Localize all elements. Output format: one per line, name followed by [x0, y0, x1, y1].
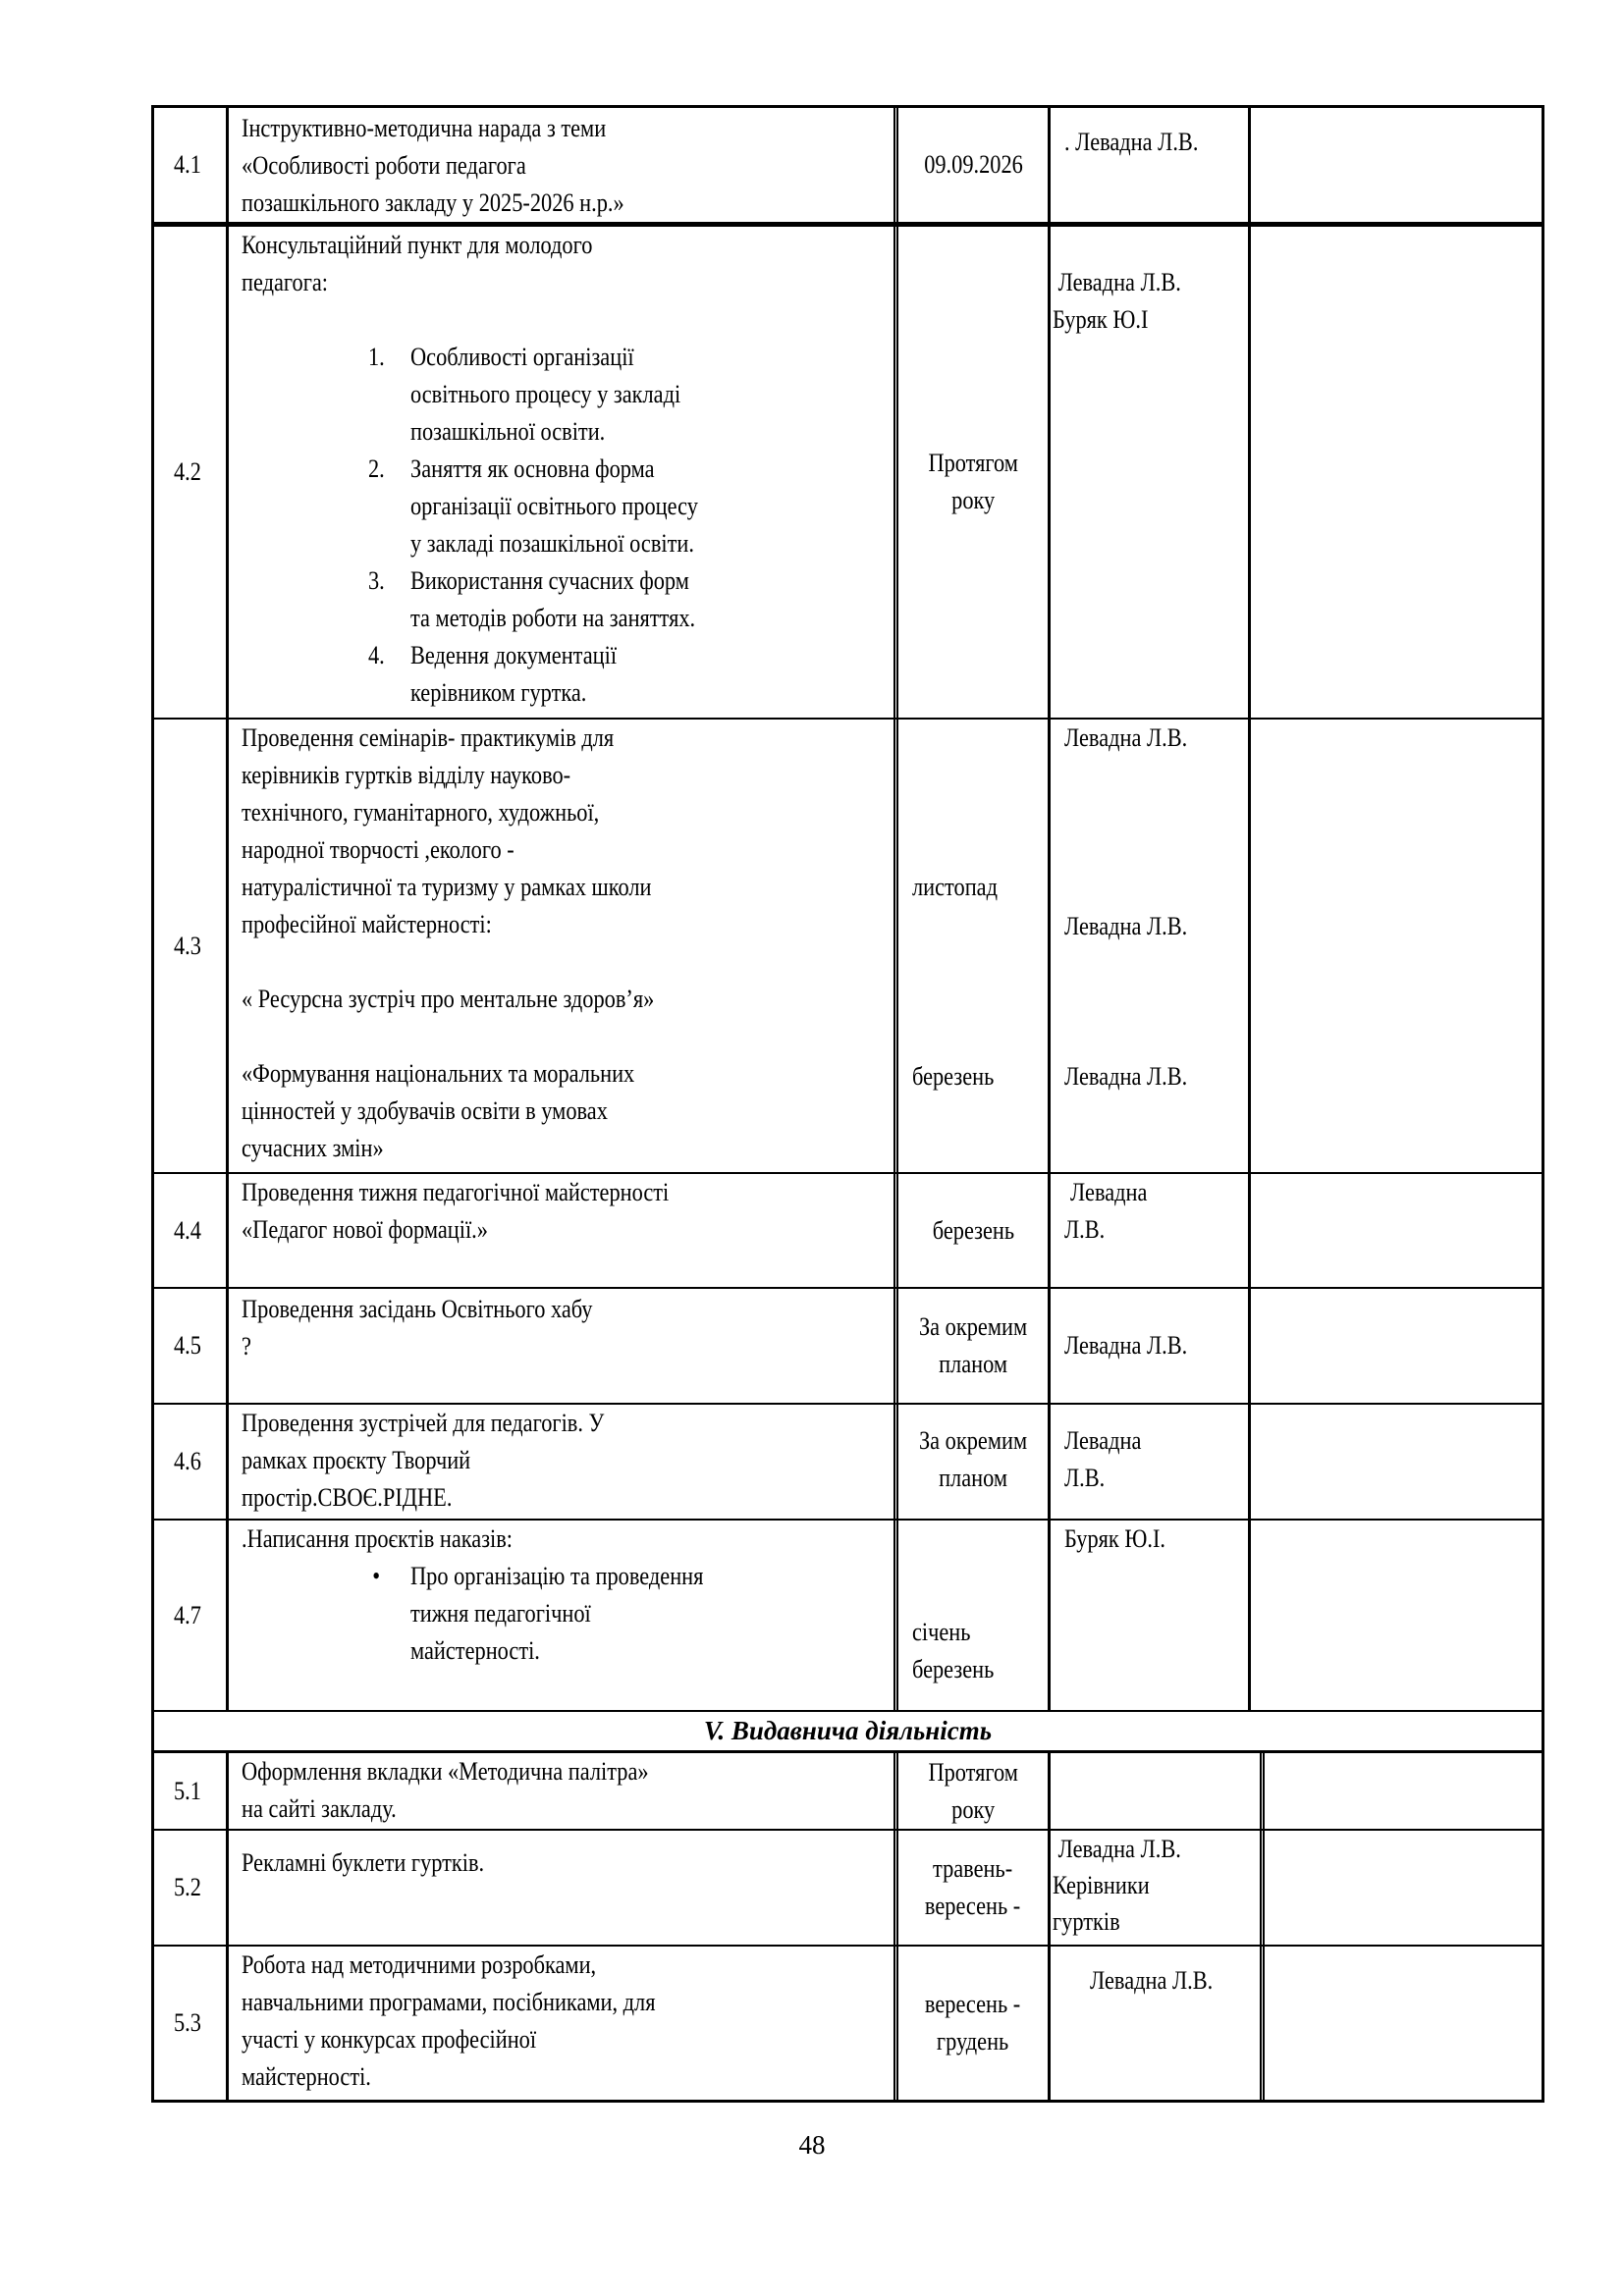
activity-cell: Проведення тижня педагогічної майстернос…	[229, 1174, 898, 1287]
activity-line: .Написання проєктів наказів:	[242, 1521, 900, 1558]
responsible-cell: Левадна Л.В.	[1051, 1174, 1251, 1287]
responsible-cell: . Левадна Л.В.	[1051, 108, 1251, 222]
date-cell: Протягом року	[898, 1753, 1051, 1829]
responsible-cell: Левадна Л.В. Буряк Ю.І	[1051, 227, 1251, 718]
date-cell: Протягом року	[898, 227, 1051, 718]
date-cell: За окремим планом	[898, 1289, 1051, 1403]
table-row: 4.6 Проведення зустрічей для педагогів. …	[154, 1405, 1542, 1521]
table-row: 5.2 Рекламні буклети гуртків. травень- в…	[154, 1831, 1542, 1947]
date-text: Протягом	[928, 445, 1017, 482]
row-number: 4.7	[154, 1521, 229, 1710]
activity-line: Проведення засідань Освітнього хабу	[242, 1291, 592, 1328]
row-number: 5.1	[154, 1753, 229, 1829]
activity-line: керівників гуртків відділу науково-	[242, 757, 654, 794]
date-text: планом	[919, 1460, 1027, 1497]
responsible-text: Левадна Л.В.	[1090, 1962, 1213, 2000]
row-number: 4.4	[154, 1174, 229, 1287]
date-text: планом	[919, 1346, 1027, 1383]
responsible-text: гуртків	[1053, 1903, 1181, 1940]
activity-line: Проведення семінарів- практикумів для	[242, 720, 654, 757]
table-row: 4.1 Інструктивно-методична нарада з теми…	[154, 108, 1542, 227]
seminar-topic: «Формування національних та моральних	[242, 1055, 654, 1093]
date-cell: листопад березень	[898, 720, 1051, 1172]
section-title: V. Видавнича діяльність	[704, 1716, 992, 1745]
responsible-text: Л.В.	[1064, 1211, 1147, 1249]
activity-line: Рекламні буклети гуртків.	[242, 1844, 484, 1882]
responsible-text: Левадна Л.В.	[1064, 1327, 1187, 1364]
row-number: 4.1	[154, 108, 229, 222]
activity-line: позашкільного закладу у 2025-2026 н.р.»	[242, 185, 624, 222]
section-header: V. Видавнича діяльність	[154, 1712, 1542, 1753]
list-number: 4.	[368, 637, 385, 674]
activity-line: Проведення тижня педагогічної майстернос…	[242, 1174, 669, 1211]
date-text: року	[928, 1791, 1017, 1829]
row-number-text: 5.2	[174, 1869, 201, 1906]
row-number: 5.2	[154, 1831, 229, 1945]
activity-line: народної творчості ,еколого -	[242, 831, 654, 869]
responsible-cell: Буряк Ю.І.	[1051, 1521, 1251, 1710]
seminar-topic: сучасних змін»	[242, 1130, 654, 1167]
list-line: та методів роботи на заняттях.	[410, 600, 900, 637]
note-cell	[1265, 1831, 1542, 1945]
plan-table: 4.1 Інструктивно-методична нарада з теми…	[151, 105, 1544, 2103]
activity-line: участі у конкурсах професійної	[242, 2021, 655, 2058]
responsible-text: . Левадна Л.В.	[1064, 124, 1198, 161]
row-number-text: 4.6	[174, 1443, 201, 1480]
row-number-text: 4.3	[174, 928, 201, 965]
note-cell	[1265, 1753, 1542, 1829]
responsible-text: Левадна Л.В.	[1053, 264, 1181, 301]
list-line: Використання сучасних форм	[410, 562, 900, 600]
responsible-text: Керівники	[1053, 1867, 1181, 1903]
row-number-text: 4.4	[174, 1212, 201, 1250]
list-line: тижня педагогічної	[410, 1595, 900, 1632]
date-text: 09.09.2026	[924, 146, 1023, 184]
activity-line: навчальними програмами, посібниками, для	[242, 1984, 655, 2021]
activity-cell: .Написання проєктів наказів: • Про орган…	[229, 1521, 898, 1710]
list-line: позашкільної освіти.	[410, 413, 900, 451]
activity-line: ?	[242, 1328, 592, 1365]
bullet-icon: •	[372, 1558, 380, 1595]
date-text: березень	[932, 1212, 1013, 1250]
row-number: 4.3	[154, 720, 229, 1172]
activity-line: рамках проєкту Творчий	[242, 1442, 604, 1479]
table-row: 5.3 Робота над методичними розробками, н…	[154, 1947, 1542, 2100]
activity-line: «Особливості роботи педагога	[242, 147, 624, 185]
responsible-text: Левадна	[1064, 1422, 1141, 1460]
activity-cell: Інструктивно-методична нарада з теми «Ос…	[229, 108, 898, 222]
responsible-cell: Левадна Л.В.	[1051, 1405, 1251, 1519]
responsible-text: Левадна Л.В.	[1064, 720, 1187, 757]
list-line: у закладі позашкільної освіти.	[410, 525, 900, 562]
list-line: Особливості організації	[410, 339, 900, 376]
note-cell	[1251, 227, 1542, 718]
row-number-text: 5.1	[174, 1773, 201, 1810]
date-text: вересень -	[925, 1888, 1020, 1925]
date-text: За окремим	[919, 1422, 1027, 1460]
date-text: листопад	[912, 869, 998, 906]
row-number: 4.5	[154, 1289, 229, 1403]
activity-cell: Проведення семінарів- практикумів для ке…	[229, 720, 898, 1172]
activity-line: майстерності.	[242, 2058, 655, 2096]
date-cell: березень	[898, 1174, 1051, 1287]
activity-line: Оформлення вкладки «Методична палітра»	[242, 1753, 649, 1790]
note-cell	[1251, 1521, 1542, 1710]
note-cell	[1251, 1289, 1542, 1403]
responsible-text: Буряк Ю.І.	[1064, 1521, 1165, 1558]
note-cell	[1265, 1947, 1542, 2100]
numbered-list-item: 2. Заняття як основна форма організації …	[242, 451, 900, 562]
list-line: освітнього процесу у закладі	[410, 376, 900, 413]
activity-cell: Консультаційний пункт для молодого педаг…	[229, 227, 898, 718]
table-row: 4.4 Проведення тижня педагогічної майсте…	[154, 1174, 1542, 1289]
activity-line: педагога:	[242, 264, 900, 301]
activity-cell: Проведення засідань Освітнього хабу ?	[229, 1289, 898, 1403]
list-line: Ведення документації	[410, 637, 900, 674]
responsible-text: Левадна Л.В.	[1064, 908, 1187, 945]
list-line: керівником гуртка.	[410, 674, 900, 712]
table-row: 4.5 Проведення засідань Освітнього хабу …	[154, 1289, 1542, 1405]
activity-cell: Проведення зустрічей для педагогів. У ра…	[229, 1405, 898, 1519]
list-number: 3.	[368, 562, 385, 600]
responsible-cell: Левадна Л.В. Керівники гуртків	[1051, 1831, 1265, 1945]
responsible-text: Левадна Л.В.	[1053, 1831, 1181, 1867]
row-number-text: 4.7	[174, 1597, 201, 1634]
activity-line: «Педагог нової формації.»	[242, 1211, 669, 1249]
responsible-text: Левадна Л.В.	[1064, 1058, 1187, 1095]
numbered-list-item: 3. Використання сучасних форм та методів…	[242, 562, 900, 637]
date-cell: За окремим планом	[898, 1405, 1051, 1519]
date-text: вересень -	[925, 1986, 1020, 2023]
activity-line: Проведення зустрічей для педагогів. У	[242, 1405, 604, 1442]
activity-line: технічного, гуманітарного, художньої,	[242, 794, 654, 831]
list-line: Про організацію та проведення	[410, 1558, 900, 1595]
activity-line: Інструктивно-методична нарада з теми	[242, 110, 624, 147]
activity-cell: Оформлення вкладки «Методична палітра» н…	[229, 1753, 898, 1829]
row-number: 4.2	[154, 227, 229, 718]
responsible-text: Буряк Ю.І	[1053, 301, 1181, 339]
date-text: січень	[912, 1614, 994, 1651]
date-text: року	[928, 482, 1017, 519]
table-row: 5.1 Оформлення вкладки «Методична палітр…	[154, 1753, 1542, 1831]
date-cell: травень- вересень -	[898, 1831, 1051, 1945]
date-cell: січень березень	[898, 1521, 1051, 1710]
responsible-text: Л.В.	[1064, 1460, 1141, 1497]
date-text: березень	[912, 1058, 994, 1095]
table-row: 4.2 Консультаційний пункт для молодого п…	[154, 227, 1542, 720]
responsible-cell	[1051, 1753, 1265, 1829]
bullet-list-item: • Про організацію та проведення тижня пе…	[242, 1558, 900, 1670]
activity-line: професійної майстерності:	[242, 906, 654, 943]
page-number: 48	[0, 2130, 1624, 2161]
row-number-text: 4.5	[174, 1327, 201, 1364]
activity-cell: Робота над методичними розробками, навча…	[229, 1947, 898, 2100]
activity-line: натуралістичної та туризму у рамках школ…	[242, 869, 654, 906]
responsible-cell: Левадна Л.В.	[1051, 1289, 1251, 1403]
table-row: 4.7 .Написання проєктів наказів: • Про о…	[154, 1521, 1542, 1712]
numbered-list-item: 4. Ведення документації керівником гуртк…	[242, 637, 900, 712]
activity-line: Робота над методичними розробками,	[242, 1947, 655, 1984]
list-number: 1.	[368, 339, 385, 376]
list-line: організації освітнього процесу	[410, 488, 900, 525]
activity-line: Консультаційний пункт для молодого	[242, 227, 900, 264]
date-text: Протягом	[928, 1754, 1017, 1791]
seminar-topic: цінностей у здобувачів освіти в умовах	[242, 1093, 654, 1130]
activity-cell: Рекламні буклети гуртків.	[229, 1831, 898, 1945]
row-number-text: 5.3	[174, 2004, 201, 2042]
date-cell: вересень - грудень	[898, 1947, 1051, 2100]
date-text: За окремим	[919, 1308, 1027, 1346]
responsible-cell: Левадна Л.В. Левадна Л.В. Левадна Л.В.	[1051, 720, 1251, 1172]
responsible-text: Левадна	[1064, 1174, 1147, 1211]
row-number-text: 4.1	[174, 146, 201, 184]
row-number: 5.3	[154, 1947, 229, 2100]
date-cell: 09.09.2026	[898, 108, 1051, 222]
note-cell	[1251, 1405, 1542, 1519]
list-line: Заняття як основна форма	[410, 451, 900, 488]
list-number: 2.	[368, 451, 385, 488]
seminar-topic: « Ресурсна зустріч про ментальне здоров’…	[242, 981, 654, 1018]
note-cell	[1251, 108, 1542, 222]
date-text: березень	[912, 1651, 994, 1688]
responsible-cell: Левадна Л.В.	[1051, 1947, 1265, 2100]
note-cell	[1251, 720, 1542, 1172]
activity-line: простір.СВОЄ.РІДНЕ.	[242, 1479, 604, 1517]
table-row: 4.3 Проведення семінарів- практикумів дл…	[154, 720, 1542, 1174]
list-line: майстерності.	[410, 1632, 900, 1670]
date-text: травень-	[925, 1850, 1020, 1888]
row-number-text: 4.2	[174, 454, 201, 491]
activity-line: на сайті закладу.	[242, 1790, 649, 1828]
date-text: грудень	[925, 2023, 1020, 2060]
row-number: 4.6	[154, 1405, 229, 1519]
note-cell	[1251, 1174, 1542, 1287]
numbered-list-item: 1. Особливості організації освітнього пр…	[242, 339, 900, 451]
